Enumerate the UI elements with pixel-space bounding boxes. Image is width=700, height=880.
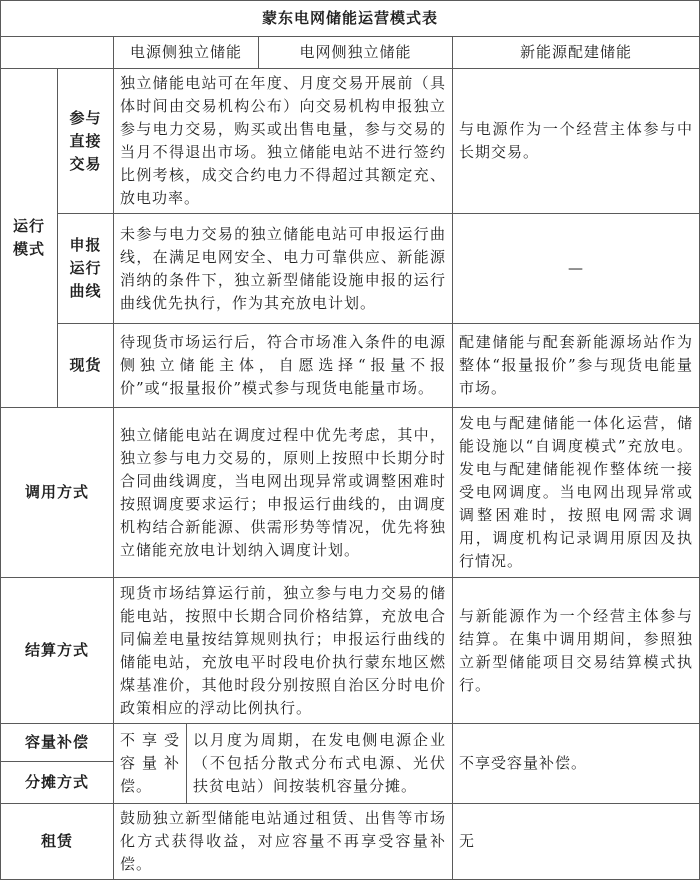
cell-capacity-new-energy: 不享受容量补偿。 bbox=[453, 724, 700, 804]
cell-direct-trading-new-energy: 与电源作为一个经营主体参与中长期交易。 bbox=[453, 69, 700, 214]
document-page: 蒙东电网储能运营模式表 电源侧独立储能 电网侧独立储能 新能源配建储能 运行模式… bbox=[0, 0, 700, 876]
row-label-cost-sharing: 分摊方式 bbox=[1, 762, 114, 804]
row-label-dispatch: 调用方式 bbox=[1, 408, 114, 578]
row-label-direct-trading: 参与直接交易 bbox=[58, 69, 114, 214]
header-power-side-independent: 电源侧独立储能 bbox=[114, 37, 259, 69]
cell-settlement-new-energy: 与新能源作为一个经营主体参与结算。在集中调用期间，参照独立新型储能项目交易结算模… bbox=[453, 578, 700, 724]
cell-dispatch-independent: 独立储能电站在调度过程中优先考虑，其中，独立参与电力交易的，原则上按照中长期分时… bbox=[114, 408, 453, 578]
cell-spot-new-energy: 配建储能与配套新能源场站作为整体“报量报价”参与现货电能量市场。 bbox=[453, 324, 700, 408]
table-title: 蒙东电网储能运营模式表 bbox=[1, 1, 700, 37]
cell-lease-independent: 鼓励独立新型储能电站通过租赁、出售等市场化方式获得收益，对应容量不再享受容量补偿… bbox=[114, 804, 453, 880]
row-label-settlement: 结算方式 bbox=[1, 578, 114, 724]
cell-capacity-power-side: 不享受容量补偿。 bbox=[114, 724, 187, 804]
cell-capacity-grid-side: 以月度为周期，在发电侧电源企业（不包括分散式分布式电源、光伏扶贫电站）间按装机容… bbox=[187, 724, 453, 804]
cell-lease-new-energy: 无 bbox=[453, 804, 700, 880]
cell-spot-independent: 待现货市场运行后，符合市场准入条件的电源侧独立储能主体，自愿选择“报量不报价”或… bbox=[114, 324, 453, 408]
row-label-capacity-compensation: 容量补偿 bbox=[1, 724, 114, 762]
header-grid-side-independent: 电网侧独立储能 bbox=[259, 37, 453, 69]
cell-direct-trading-independent: 独立储能电站可在年度、月度交易开展前（具体时间由交易机构公布）向交易机构申报独立… bbox=[114, 69, 453, 214]
row-label-declared-curve: 申报运行曲线 bbox=[58, 214, 114, 324]
cell-declared-curve-independent: 未参与电力交易的独立储能电站可申报运行曲线，在满足电网安全、电力可靠供应、新能源… bbox=[114, 214, 453, 324]
cell-dispatch-new-energy: 发电与配建储能一体化运营，储能设施以“自调度模式”充放电。发电与配建储能视作整体… bbox=[453, 408, 700, 578]
header-empty-cell bbox=[1, 37, 114, 69]
row-label-lease: 租赁 bbox=[1, 804, 114, 880]
row-label-spot: 现货 bbox=[58, 324, 114, 408]
cell-settlement-independent: 现货市场结算运行前，独立参与电力交易的储能电站，按照中长期合同价格结算，充放电合… bbox=[114, 578, 453, 724]
storage-operation-mode-table: 蒙东电网储能运营模式表 电源侧独立储能 电网侧独立储能 新能源配建储能 运行模式… bbox=[0, 0, 700, 880]
cell-declared-curve-new-energy: — bbox=[453, 214, 700, 324]
header-new-energy-allocated: 新能源配建储能 bbox=[453, 37, 700, 69]
group-label-operation-mode: 运行模式 bbox=[1, 69, 58, 408]
